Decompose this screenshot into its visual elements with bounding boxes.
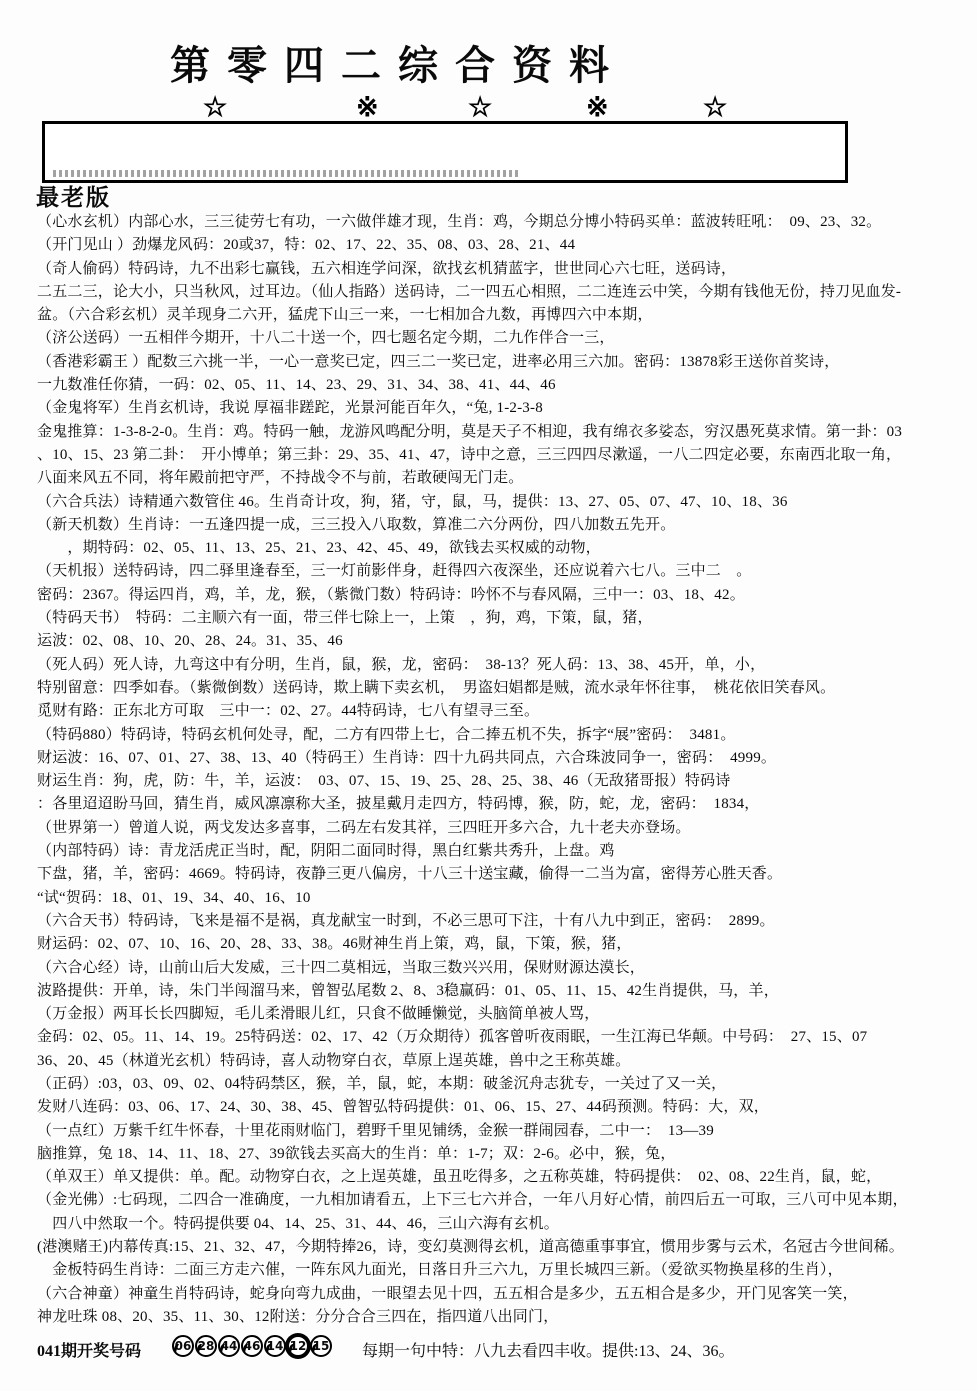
text-line: （六合神童）神童生肖特码诗，蛇身向弯九成曲，一眼望去见十四，五五相合是多少，五五… (37, 1283, 973, 1306)
text-line: 特别留意：四季如春。（紫微倒数）送码诗，欺上瞒下卖玄机， 男盗妇娼都是贼，流水录… (37, 677, 973, 700)
text-line: （金鬼将军）生肖玄机诗，我说 厚福非蹉跎，光景河能百年久，“兔, 1-2-3-8 (37, 397, 973, 420)
star-icon: ☆ (203, 92, 227, 122)
text-line: （心水玄机）内部心水，三三徒劳七有功，一六做伴雄才现，生肖：鸡，今期总分博小特码… (37, 211, 973, 234)
star-icon: ☆ (468, 92, 492, 122)
winning-number-ball: 15 (310, 1335, 332, 1357)
text-line: 下盘，猪，羊，密码：4669。特码诗，夜静三更八偏房，十八三十送宝藏，偷得一二当… (37, 863, 973, 886)
text-line: 财运码：02、07、10、16、20、28、33、38。46财神生肖上策，鸡，鼠… (37, 933, 973, 956)
body-lines: （心水玄机）内部心水，三三徒劳七有功，一六做伴雄才现，生肖：鸡，今期总分博小特码… (37, 211, 973, 1329)
draw-number-label: 041期开奖号码 (37, 1338, 141, 1361)
text-line: （万金报）两耳长长四脚短，毛儿柔滑眼儿红，只食不做睡懒觉，头脑简单被人骂， (37, 1003, 973, 1026)
text-line: 二五二三，论大小，只当秋风，过耳边。（仙人指路）送码诗，二一四五心相照，二二连连… (37, 281, 973, 304)
text-line: （六合心经）诗，山前山后大发威，三十四二莫相远，当取三数兴兴用，保财财源达漠长， (37, 957, 973, 980)
text-line: (港澳赌王)内幕传真:15、21、32、47，今期特捧26，诗，变幻莫测得玄机，… (37, 1236, 973, 1259)
header-box (42, 121, 848, 183)
winning-number-ball: 46 (241, 1335, 263, 1357)
text-line: （新天机数）生肖诗：一五逢四提一成，三三投入八取数，算准二六分两份，四八加数五先… (37, 514, 973, 537)
text-line: （济公送码）一五相伴今期开，十八二十送一个，四七题名定今期，二九作伴合一三， (37, 327, 973, 350)
text-line: 金鬼推算：1-3-8-2-0。生肖：鸡。特码一触，龙游风鸣配分明，莫是天子不相迎… (37, 421, 973, 444)
text-line: （开门见山 ）劲爆龙风码：20或37，特：02、17、22、35、08、03、2… (37, 234, 973, 257)
text-line: 运波：02、08、10、20、28、24。31、35、46 (37, 630, 973, 653)
text-line: 财运生肖：狗，虎，防：牛，羊，运波： 03、07、15、19、25、28、25、… (37, 770, 973, 793)
text-line: 觅财有路：正东北方可取 三中一：02、27。44特码诗，七八有望寻三至。 (37, 700, 973, 723)
text-line: （正码）:03，03、09、02、04特码禁区，猴，羊，鼠，蛇，本期：破釜沉舟志… (37, 1073, 973, 1096)
text-line: （死人码）死人诗，九弯这中有分明，生肖，鼠，猴，龙，密码： 38-13？死人码：… (37, 654, 973, 677)
text-line: 盆。（六合彩玄机）灵羊现身二六开，猛虎下山三一来，一七相加合九数，再博四六中本期… (37, 304, 973, 327)
text-line: （特码天书） 特码：二主顺六有一面，带三伴七除上一，上策 ，狗，鸡，下策，鼠，猪… (37, 607, 973, 630)
text-line: 波路提供：开单，诗，朱门半闯溜马来，曾智弘尾数 2、8、3稳赢码：01、05、1… (37, 980, 973, 1003)
text-line: 一九数准任你猜，一码：02、05、11、14、23、29、31、34、38、41… (37, 374, 973, 397)
results-footer: 041期开奖号码 06284446141215 每期一句中特：八九去看四丰收。提… (0, 1332, 977, 1366)
winning-number-ball: 14 (264, 1335, 286, 1357)
clipped-print-artifact (53, 170, 521, 177)
winning-number-ball-special: 12 (287, 1335, 309, 1357)
footer-note: 每期一句中特：八九去看四丰收。提供:13、24、36。 (362, 1338, 734, 1361)
text-line: 金板特码生肖诗：二面三方走六催，一阵东风九面光，日落日升三六九，万里长城四三新。… (37, 1259, 973, 1282)
reference-mark-icon: ※ (356, 92, 379, 122)
text-line: 、10、15、23 第二卦： 开小博单；第三卦：29、35、41、47，诗中之意… (37, 444, 973, 467)
page-title: 第零四二综合资料 (170, 34, 626, 91)
text-line: 四八中然取一个。特码提供要 04、14、25、31、44、46，三山六海有玄机。 (37, 1213, 973, 1236)
text-line: 金码：02、05。11、14、19。25特码送：02、17、42（万众期待）孤客… (37, 1026, 973, 1049)
text-line: 财运波：16、07、01、27、38、13、40（特码王）生肖诗：四十九码共同点… (37, 747, 973, 770)
text-line: （天机报）送特码诗，四二驿里逢春至，三一灯前影伴身，赶得四六夜深坐，还应说着六七… (37, 560, 973, 583)
text-line: 发财八连码：03、06、17、24、30、38、45、曾智弘特码提供：01、06… (37, 1096, 973, 1119)
text-line: （单双王）单又提供：单。配。动物穿白衣，之上逞英雄，虽丑吃得多，之五称英雄，特码… (37, 1166, 973, 1189)
text-line: （金光佛）:七码现，二四合一准确度，一九相加请看五，上下三七六并合，一年八月好心… (37, 1189, 973, 1212)
winning-number-ball: 28 (195, 1335, 217, 1357)
text-line: 八面来风五不同，将年殿前把守严，不持战令不与前，若敢硬闯无门走。 (37, 467, 973, 490)
decor-row: ☆※☆※☆ (0, 92, 977, 124)
text-line: （内部特码）诗：青龙活虎正当时，配，阴阳二面同时得，黑白红紫共秀升，上盘。鸡 (37, 840, 973, 863)
text-line: 密码：2367。得运四肖，鸡，羊，龙，猴，（紫微门数）特码诗：吟怀不与春风隔，三… (37, 584, 973, 607)
text-line: （奇人偷码）特码诗，九不出彩七赢钱，五六相连学问深，欲找玄机猜蓝字，世世同心六七… (37, 258, 973, 281)
text-line: （一点红）万紫千红牛怀春，十里花雨财临门，碧野千里见铺绣，金猴一群闹园春，二中一… (37, 1120, 973, 1143)
text-line: （世界第一）曾道人说，两戈发达多喜事，二码左右发其祥，三四旺开多六合，九十老夫亦… (37, 817, 973, 840)
text-line: （特码880）特码诗，特码玄机何处寻，配，二方有四带上七，合二捧五机不失，拆字“… (37, 724, 973, 747)
text-line: 脑推算，兔 18、14、11、18、27、39欲钱去买高大的生肖：单：1-7；双… (37, 1143, 973, 1166)
text-line: （香港彩霸王 ）配数三六挑一半，一心一意奖已定，四三二一奖已定，进率必用三六加。… (37, 351, 973, 374)
winning-numbers: 06284446141215 (172, 1335, 332, 1357)
text-line: 36、20、45（林道光玄机）特码诗，喜人动物穿白衣，草原上逞英雄，兽中之王称英… (37, 1050, 973, 1073)
text-line: （六合兵法）诗精通六数管住 46。生肖奇计攻，狗，猪，守，鼠，马，提供：13、2… (37, 491, 973, 514)
text-line: 神龙吐珠 08、20、35、11、30、12附送：分分合合三四在，指四道八出同门… (37, 1306, 973, 1329)
text-line: “试“贺码：18、01、19、34、40、16、10 (37, 887, 973, 910)
reference-mark-icon: ※ (586, 92, 609, 122)
section-heading: 最老版 (36, 179, 111, 212)
text-line: （六合天书）特码诗，飞来是福不是祸，真龙献宝一时到，不必三思可下注，十有八九中到… (37, 910, 973, 933)
text-line: ：各里迢迢盼马回，猜生肖，威风凛凛称大圣，披星戴月走四方，特码博，猴，防，蛇，龙… (37, 793, 973, 816)
winning-number-ball: 44 (218, 1335, 240, 1357)
star-icon: ☆ (703, 92, 727, 122)
text-line: ，期特码：02、05、11、13、25、21、23、42、45、49，欲钱去买权… (37, 537, 973, 560)
winning-number-ball: 06 (172, 1335, 194, 1357)
